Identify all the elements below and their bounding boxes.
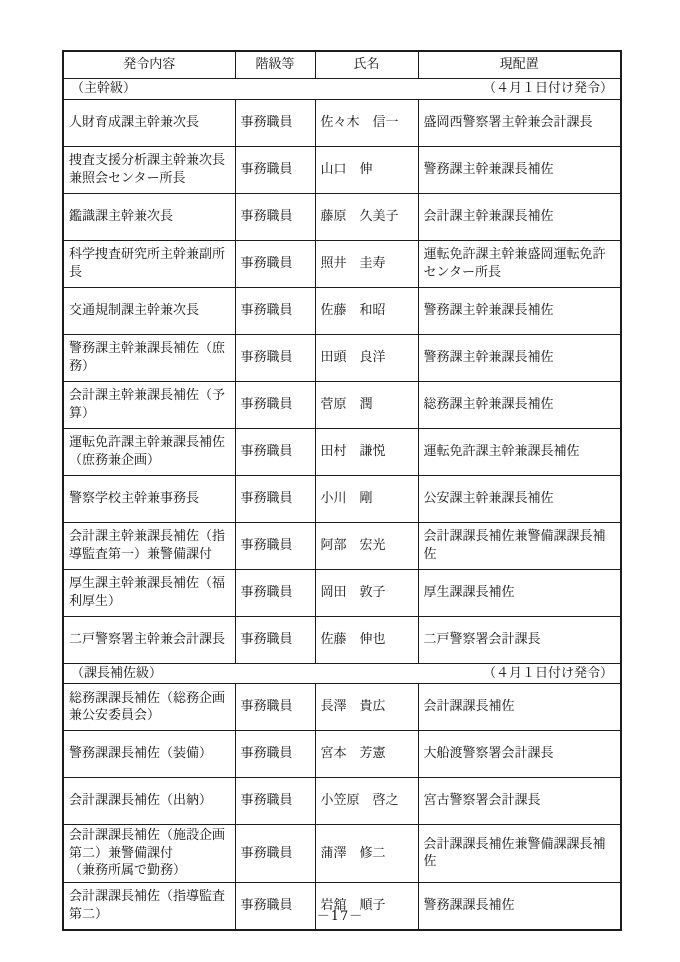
cell-appointment-content: 警務課課長補佐（装備） bbox=[63, 731, 235, 778]
section-label: （主幹級） bbox=[71, 80, 136, 98]
appointments-table: 発令内容 階級等 氏名 現配置 （主幹級） （４月１日付け発令） 人財育成課主幹… bbox=[62, 50, 622, 931]
cell-current-assignment: 二戸警察署会計課長 bbox=[418, 616, 621, 663]
cell-current-assignment: 運転免許課主幹兼課長補佐 bbox=[418, 428, 621, 475]
cell-rank: 事務職員 bbox=[235, 428, 315, 475]
cell-appointment-content: 会計課課長補佐（施設企画第二）兼警備課付 （兼務所属で勤務） bbox=[63, 825, 235, 883]
table-row: 捜査支援分析課主幹兼次長兼照会センター所長 事務職員 山口 伸 警務課主幹兼課長… bbox=[63, 146, 621, 193]
cell-name: 照井 圭寿 bbox=[315, 240, 418, 287]
cell-current-assignment: 宮古警察署会計課長 bbox=[418, 778, 621, 825]
cell-name: 宮本 芳憲 bbox=[315, 731, 418, 778]
section-row: （主幹級） （４月１日付け発令） bbox=[63, 79, 621, 100]
cell-name: 佐藤 和昭 bbox=[315, 287, 418, 334]
table-row: 会計課主幹兼課長補佐（予算） 事務職員 菅原 潤 総務課主幹兼課長補佐 bbox=[63, 381, 621, 428]
cell-rank: 事務職員 bbox=[235, 334, 315, 381]
table-row: 会計課課長補佐（出納） 事務職員 小笠原 啓之 宮古警察署会計課長 bbox=[63, 778, 621, 825]
cell-name: 佐々木 信一 bbox=[315, 99, 418, 146]
table-row: 人財育成課主幹兼次長 事務職員 佐々木 信一 盛岡西警察署主幹兼会計課長 bbox=[63, 99, 621, 146]
cell-rank: 事務職員 bbox=[235, 778, 315, 825]
cell-rank: 事務職員 bbox=[235, 287, 315, 334]
page-number: －17－ bbox=[0, 905, 680, 924]
cell-current-assignment: 会計課課長補佐 bbox=[418, 684, 621, 731]
cell-name: 小川 剛 bbox=[315, 475, 418, 522]
table-row: 警察学校主幹兼事務長 事務職員 小川 剛 公安課主幹兼課長補佐 bbox=[63, 475, 621, 522]
cell-appointment-content: 人財育成課主幹兼次長 bbox=[63, 99, 235, 146]
cell-current-assignment: 会計課課長補佐兼警備課課長補佐 bbox=[418, 825, 621, 883]
cell-current-assignment: 盛岡西警察署主幹兼会計課長 bbox=[418, 99, 621, 146]
cell-appointment-content: 厚生課主幹兼課長補佐（福利厚生） bbox=[63, 569, 235, 616]
header-name: 氏名 bbox=[315, 51, 418, 79]
cell-name: 藤原 久美子 bbox=[315, 193, 418, 240]
table-row: 会計課課長補佐（施設企画第二）兼警備課付 （兼務所属で勤務） 事務職員 蒲澤 修… bbox=[63, 825, 621, 883]
cell-name: 阿部 宏光 bbox=[315, 522, 418, 569]
cell-name: 田頭 良洋 bbox=[315, 334, 418, 381]
cell-name: 田村 謙悦 bbox=[315, 428, 418, 475]
section-date-note: （４月１日付け発令） bbox=[483, 665, 613, 683]
table-row: 鑑識課主幹兼次長 事務職員 藤原 久美子 会計課主幹兼課長補佐 bbox=[63, 193, 621, 240]
cell-current-assignment: 警務課主幹兼課長補佐 bbox=[418, 287, 621, 334]
cell-appointment-content: 捜査支援分析課主幹兼次長兼照会センター所長 bbox=[63, 146, 235, 193]
cell-rank: 事務職員 bbox=[235, 381, 315, 428]
cell-current-assignment: 会計課課長補佐兼警備課課長補佐 bbox=[418, 522, 621, 569]
section-cell: （課長補佐級） （４月１日付け発令） bbox=[63, 663, 621, 684]
cell-name: 岡田 敦子 bbox=[315, 569, 418, 616]
table-row: 総務課課長補佐（総務企画兼公安委員会） 事務職員 長澤 貴広 会計課課長補佐 bbox=[63, 684, 621, 731]
cell-current-assignment: 総務課主幹兼課長補佐 bbox=[418, 381, 621, 428]
section-row: （課長補佐級） （４月１日付け発令） bbox=[63, 663, 621, 684]
cell-appointment-content: 総務課課長補佐（総務企画兼公安委員会） bbox=[63, 684, 235, 731]
table-row: 交通規制課主幹兼次長 事務職員 佐藤 和昭 警務課主幹兼課長補佐 bbox=[63, 287, 621, 334]
cell-rank: 事務職員 bbox=[235, 475, 315, 522]
cell-current-assignment: 運転免許課主幹兼盛岡運転免許センター所長 bbox=[418, 240, 621, 287]
table-row: 厚生課主幹兼課長補佐（福利厚生） 事務職員 岡田 敦子 厚生課課長補佐 bbox=[63, 569, 621, 616]
cell-rank: 事務職員 bbox=[235, 240, 315, 287]
cell-current-assignment: 大船渡警察署会計課長 bbox=[418, 731, 621, 778]
cell-appointment-content: 運転免許課主幹兼課長補佐（庶務兼企画） bbox=[63, 428, 235, 475]
table-row: 警務課主幹兼課長補佐（庶務） 事務職員 田頭 良洋 警務課主幹兼課長補佐 bbox=[63, 334, 621, 381]
table-row: 運転免許課主幹兼課長補佐（庶務兼企画） 事務職員 田村 謙悦 運転免許課主幹兼課… bbox=[63, 428, 621, 475]
table-row: 会計課主幹兼課長補佐（指導監査第一）兼警備課付 事務職員 阿部 宏光 会計課課長… bbox=[63, 522, 621, 569]
cell-appointment-content: 科学捜査研究所主幹兼副所長 bbox=[63, 240, 235, 287]
cell-rank: 事務職員 bbox=[235, 522, 315, 569]
table-header-row: 発令内容 階級等 氏名 現配置 bbox=[63, 51, 621, 79]
cell-current-assignment: 厚生課課長補佐 bbox=[418, 569, 621, 616]
header-appointment-content: 発令内容 bbox=[63, 51, 235, 79]
cell-rank: 事務職員 bbox=[235, 731, 315, 778]
cell-rank: 事務職員 bbox=[235, 193, 315, 240]
section-label: （課長補佐級） bbox=[71, 665, 162, 683]
header-current-assignment: 現配置 bbox=[418, 51, 621, 79]
cell-appointment-content: 警察学校主幹兼事務長 bbox=[63, 475, 235, 522]
cell-appointment-content: 鑑識課主幹兼次長 bbox=[63, 193, 235, 240]
cell-rank: 事務職員 bbox=[235, 684, 315, 731]
table-row: 二戸警察署主幹兼会計課長 事務職員 佐藤 伸也 二戸警察署会計課長 bbox=[63, 616, 621, 663]
cell-appointment-content: 会計課主幹兼課長補佐（指導監査第一）兼警備課付 bbox=[63, 522, 235, 569]
cell-name: 蒲澤 修二 bbox=[315, 825, 418, 883]
cell-appointment-content: 会計課課長補佐（出納） bbox=[63, 778, 235, 825]
section-date-note: （４月１日付け発令） bbox=[483, 80, 613, 98]
cell-appointment-content: 交通規制課主幹兼次長 bbox=[63, 287, 235, 334]
cell-name: 佐藤 伸也 bbox=[315, 616, 418, 663]
cell-name: 小笠原 啓之 bbox=[315, 778, 418, 825]
cell-rank: 事務職員 bbox=[235, 569, 315, 616]
cell-name: 長澤 貴広 bbox=[315, 684, 418, 731]
cell-rank: 事務職員 bbox=[235, 146, 315, 193]
cell-name: 菅原 潤 bbox=[315, 381, 418, 428]
section-cell: （主幹級） （４月１日付け発令） bbox=[63, 79, 621, 100]
cell-appointment-content: 二戸警察署主幹兼会計課長 bbox=[63, 616, 235, 663]
cell-current-assignment: 警務課主幹兼課長補佐 bbox=[418, 146, 621, 193]
cell-current-assignment: 公安課主幹兼課長補佐 bbox=[418, 475, 621, 522]
table-row: 科学捜査研究所主幹兼副所長 事務職員 照井 圭寿 運転免許課主幹兼盛岡運転免許セ… bbox=[63, 240, 621, 287]
cell-name: 山口 伸 bbox=[315, 146, 418, 193]
cell-appointment-content: 警務課主幹兼課長補佐（庶務） bbox=[63, 334, 235, 381]
header-rank: 階級等 bbox=[235, 51, 315, 79]
cell-current-assignment: 警務課主幹兼課長補佐 bbox=[418, 334, 621, 381]
table-row: 警務課課長補佐（装備） 事務職員 宮本 芳憲 大船渡警察署会計課長 bbox=[63, 731, 621, 778]
cell-current-assignment: 会計課主幹兼課長補佐 bbox=[418, 193, 621, 240]
cell-rank: 事務職員 bbox=[235, 99, 315, 146]
document-page: 発令内容 階級等 氏名 現配置 （主幹級） （４月１日付け発令） 人財育成課主幹… bbox=[0, 0, 680, 962]
cell-rank: 事務職員 bbox=[235, 616, 315, 663]
cell-rank: 事務職員 bbox=[235, 825, 315, 883]
cell-appointment-content: 会計課主幹兼課長補佐（予算） bbox=[63, 381, 235, 428]
